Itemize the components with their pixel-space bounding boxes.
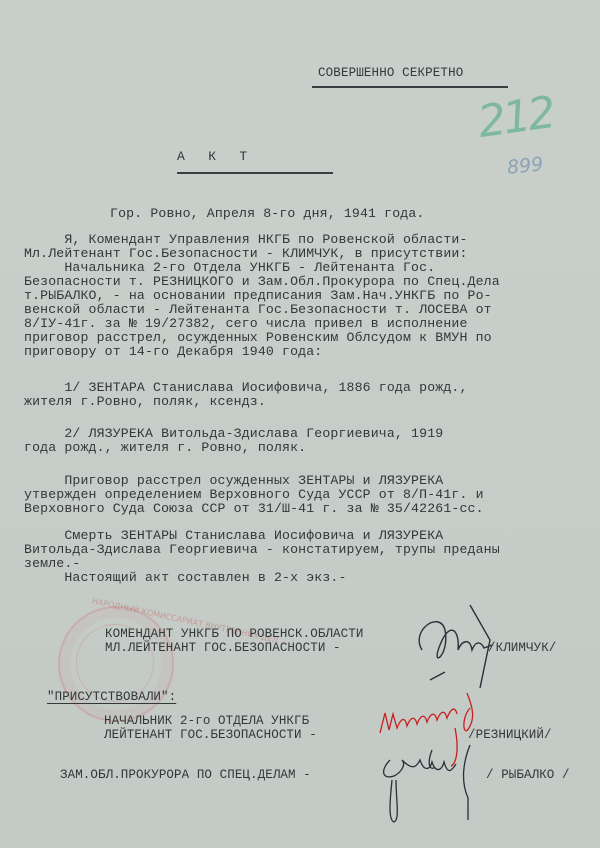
- prosecutor-signature: [372, 740, 492, 830]
- body-line: приговору от 14-го Декабря 1940 года:: [24, 345, 322, 359]
- department-head-rank: ЛЕЙТЕНАНТ ГОС.БЕЗОПАСНОСТИ -: [104, 728, 317, 742]
- confirmation-line: Верховного Суда Союза ССР от 31/Ш-41 г. …: [24, 502, 484, 516]
- copies-line: Настоящий акт составлен в 2-х экз.-: [24, 571, 347, 585]
- body-line: Начальника 2-го Отдела УНКГБ - Лейтенант…: [24, 261, 435, 275]
- death-line: Витольда-Здислава Георгиевича - констати…: [24, 543, 500, 557]
- commandant-signature: [400, 600, 510, 690]
- death-line: Смерть ЗЕНТАРЫ Станислава Иосифовича и Л…: [24, 529, 443, 543]
- confirmation-line: Приговор расстрел осужденных ЗЕНТАРЫ и Л…: [24, 474, 443, 488]
- convicted-line: года рожд., жителя г. Ровно, поляк.: [24, 441, 306, 455]
- commandant-rank: МЛ.ЛЕЙТЕНАНТ ГОС.БЕЗОПАСНОСТИ -: [105, 641, 341, 655]
- document-page: СОВЕРШЕННО СЕКРЕТНО 212 899 А К Т Гор. Р…: [0, 0, 600, 848]
- title-underline: [177, 172, 333, 174]
- body-line: приговор расстрел, осужденных Ровенским …: [24, 331, 492, 345]
- body-line: Безопасности т. РЕЗНИЦКОГО и Зам.Обл.Про…: [24, 275, 500, 289]
- department-head-title: НАЧАЛЬНИК 2-го ОТДЕЛА УНКГБ: [104, 714, 309, 728]
- prosecutor-title: ЗАМ.ОБЛ.ПРОКУРОРА ПО СПЕЦ.ДЕЛАМ -: [60, 768, 311, 782]
- body-line: т.РЫБАЛКО, - на основании предписания За…: [24, 289, 492, 303]
- prosecutor-name: / РЫБАЛКО /: [486, 768, 570, 782]
- present-heading: "ПРИСУТСТВОВАЛИ":: [47, 690, 176, 704]
- place-date: Гор. Ровно, Апреля 8-го дня, 1941 года.: [110, 207, 425, 221]
- classification-underline: [312, 86, 508, 88]
- convicted-line: 2/ ЛЯЗУРЕКА Витольда-Здислава Георгиевич…: [24, 427, 443, 441]
- convicted-line: жителя г.Ровно, поляк, ксендз.: [24, 395, 266, 409]
- classification-label: СОВЕРШЕННО СЕКРЕТНО: [318, 66, 463, 80]
- body-line: Я, Комендант Управления НКГБ по Ровенско…: [24, 233, 468, 247]
- archive-number: 899: [506, 153, 544, 179]
- body-line: венской области - Лейтенанта Гос.Безопас…: [24, 303, 492, 317]
- document-title: А К Т: [177, 150, 247, 164]
- body-line: 8/IУ-41г. за № 19/27382, сего числа прив…: [24, 317, 468, 331]
- confirmation-line: утвержден определением Верховного Суда У…: [24, 488, 484, 502]
- death-line: земле.-: [24, 557, 80, 571]
- folio-number: 212: [475, 87, 556, 148]
- convicted-line: 1/ ЗЕНТАРА Станислава Иосифовича, 1886 г…: [24, 381, 468, 395]
- body-line: Мл.Лейтенант Гос.Безопасности - КЛИМЧУК,…: [24, 247, 468, 261]
- official-stamp: НАРОДНЫЙ КОМИССАРИАТ ВНУТРЕННИХ ДЕЛ: [58, 606, 174, 722]
- commandant-title: КОМЕНДАНТ УНКГБ ПО РОВЕНСК.ОБЛАСТИ: [105, 627, 363, 641]
